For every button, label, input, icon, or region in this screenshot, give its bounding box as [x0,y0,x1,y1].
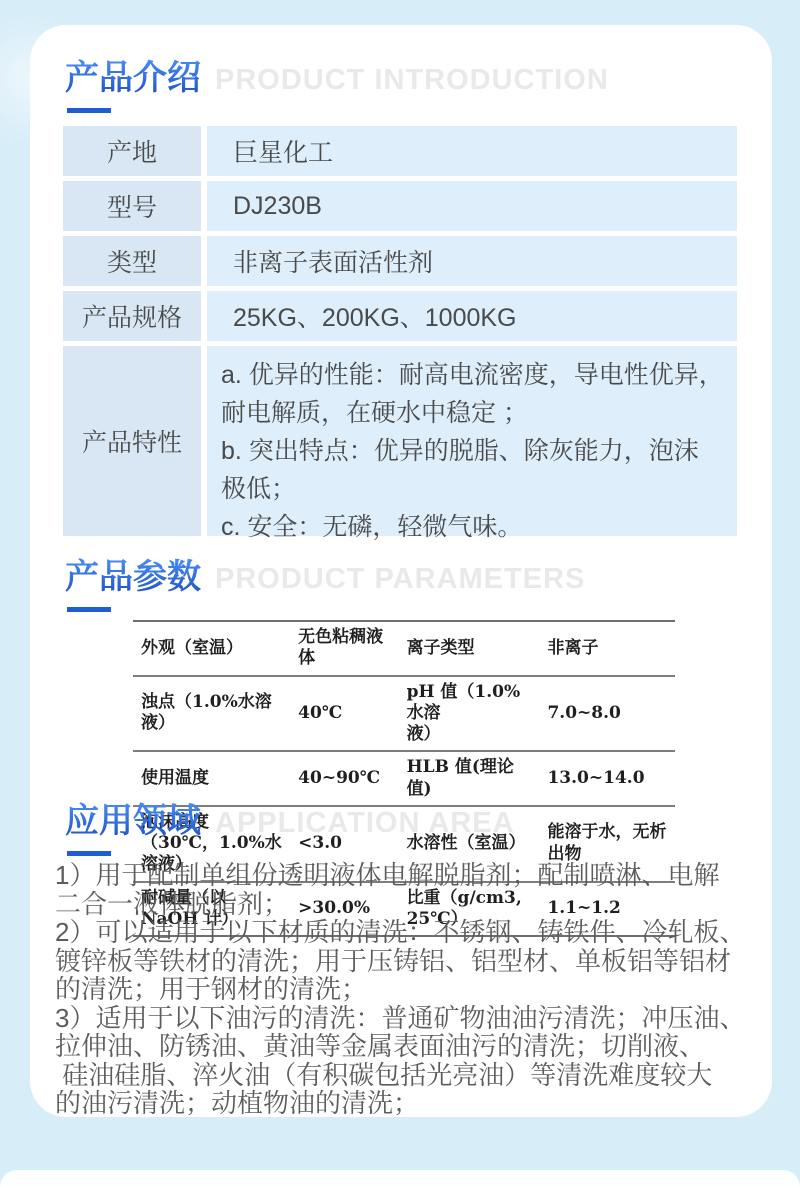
section-header-application: 应用领域APPLICATION AREA [65,801,737,856]
section-application-area: 应用领域APPLICATION AREA 1）用于配制单组份透明液体电解脱脂剂；… [65,801,737,1117]
param-name: 外观（室温） [133,621,290,676]
product-spec-table: 产地 巨星化工 型号 DJ230B 类型 非离子表面活性剂 产品规格 25KG、… [63,126,737,536]
section-watermark: PRODUCT PARAMETERS [215,563,585,596]
table-row: 外观（室温） 无色粘稠液体 离子类型 非离子 [133,621,675,676]
table-row: 产地 巨星化工 [63,126,737,176]
param-value: 无色粘稠液体 [290,621,398,676]
table-row: 产品规格 25KG、200KG、1000KG [63,291,737,341]
param-name: 离子类型 [399,621,540,676]
spec-value-origin: 巨星化工 [207,126,737,176]
spec-value-package: 25KG、200KG、1000KG [207,291,737,341]
table-row: 产品特性 a. 优异的性能：耐高电流密度，导电性优异， 耐电解质，在硬水中稳定 … [63,346,737,536]
title-underline [67,851,111,856]
product-detail-card: 产品介绍PRODUCT INTRODUCTION 产地 巨星化工 型号 DJ23… [30,25,772,1117]
table-row: 类型 非离子表面活性剂 [63,236,737,286]
param-value: 7.0~8.0 [539,676,675,752]
param-value: 40℃ [290,676,398,752]
section-watermark: PRODUCT INTRODUCTION [215,64,609,97]
section-product-introduction: 产品介绍PRODUCT INTRODUCTION 产地 巨星化工 型号 DJ23… [65,58,737,541]
param-value: 13.0~14.0 [539,751,675,806]
section-watermark: APPLICATION AREA [215,807,515,840]
table-row: 使用温度 40~90℃ HLB 值(理论值) 13.0~14.0 [133,751,675,806]
application-description: 1）用于配制单组份透明液体电解脱脂剂；配制喷淋、电解 二合一液体脱脂剂； 2）可… [55,861,772,1117]
section-header-parameters: 产品参数PRODUCT PARAMETERS [65,557,737,612]
param-name: HLB 值(理论值) [399,751,540,806]
spec-label-type: 类型 [63,236,201,286]
spec-value-type: 非离子表面活性剂 [207,236,737,286]
table-row: 浊点（1.0%水溶液） 40℃ pH 值（1.0%水溶 液） 7.0~8.0 [133,676,675,752]
section-title: 产品介绍 [65,58,201,99]
title-underline [67,607,111,612]
spec-value-features: a. 优异的性能：耐高电流密度，导电性优异， 耐电解质，在硬水中稳定 ； b. … [207,346,737,536]
spec-value-model: DJ230B [207,181,737,231]
param-value: 非离子 [539,621,675,676]
param-name: 浊点（1.0%水溶液） [133,676,290,752]
param-name: 使用温度 [133,751,290,806]
spec-label-model: 型号 [63,181,201,231]
param-value: 40~90℃ [290,751,398,806]
param-name: pH 值（1.0%水溶 液） [399,676,540,752]
spec-label-features: 产品特性 [63,346,201,536]
section-title: 产品参数 [65,557,201,598]
title-underline [67,108,111,113]
spec-label-origin: 产地 [63,126,201,176]
section-header-introduction: 产品介绍PRODUCT INTRODUCTION [65,58,737,113]
spec-label-package: 产品规格 [63,291,201,341]
table-row: 型号 DJ230B [63,181,737,231]
next-section-top-edge [0,1170,800,1187]
section-title: 应用领域 [65,801,201,842]
